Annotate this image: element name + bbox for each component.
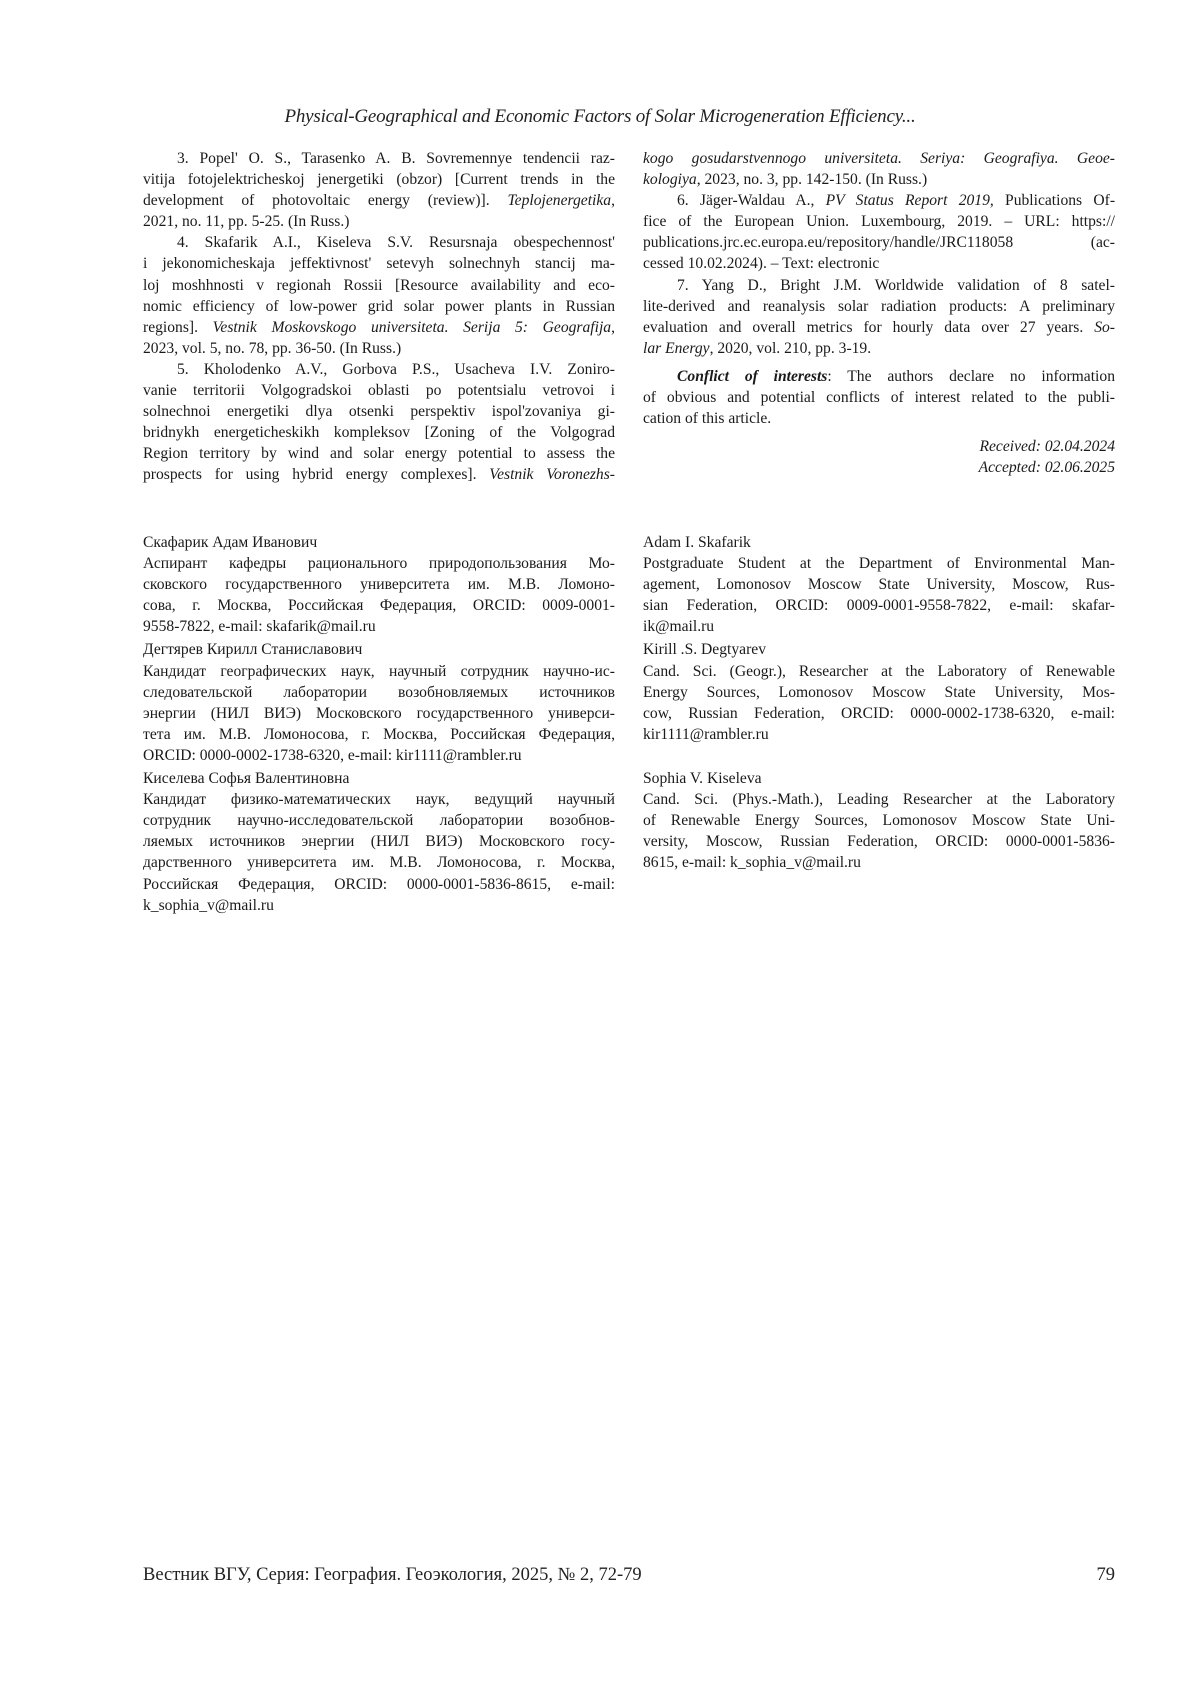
author-email-line: 9558-7822, e-mail: skafarik@mail.ru [143,616,615,637]
ref-line: evaluation and overall metrics for hourl… [643,317,1115,338]
conflict-label: Conflict of interests [677,368,827,385]
author-en-kiseleva: Sophia V. Kiseleva Cand. Sci. (Phys.-Mat… [643,768,1115,873]
journal-title: So- [1094,319,1115,336]
ref-line: 2021, no. 11, pp. 5-25. (In Russ.) [143,211,615,232]
reference-3: 3. Popel' O. S., Tarasenko A. B. Sovreme… [143,148,615,232]
author-info-line: of Renewable Energy Sources, Lomonosov M… [643,810,1115,831]
reference-5-continued: kogo gosudarstvennogo universiteta. Seri… [643,148,1115,190]
ref-line: vitija fotojelektricheskoj jenergetiki (… [143,169,615,190]
author-info-line: Cand. Sci. (Phys.-Math.), Leading Resear… [643,789,1115,810]
author-ru-skafarik: Скафарик Адам Иванович Аспирант кафедры … [143,532,615,637]
ref-line: cessed 10.02.2024). – Text: electronic [643,253,1115,274]
journal-citation: Вестник ВГУ, Серия: География. Геоэколог… [143,1565,642,1586]
ref-line: 7. Yang D., Bright J.M. Worldwide valida… [643,275,1115,296]
author-email-line: ORCID: 0000-0002-1738-6320, e-mail: kir1… [143,745,615,766]
ref-line: 2023, vol. 5, no. 78, pp. 36-50. (In Rus… [143,338,615,359]
author-name: Дегтярев Кирилл Станиславович [143,639,615,660]
author-en-skafarik: Adam I. Skafarik Postgraduate Student at… [643,532,1115,637]
conflict-line: cation of this article. [643,408,1115,429]
references-right-column: kogo gosudarstvennogo universiteta. Seri… [643,148,1115,478]
ref-line: vanie territorii Volgogradskoi oblasti p… [143,380,615,401]
page-number: 79 [1097,1565,1116,1586]
ref-line: 5. Kholodenko A.V., Gorbova P.S., Usache… [143,359,615,380]
author-email-line: ik@mail.ru [643,616,1115,637]
author-en-degtyarev: Kirill .S. Degtyarev Cand. Sci. (Geogr.)… [643,639,1115,744]
authors-en: Adam I. Skafarik Postgraduate Student at… [643,532,1115,875]
references-left-column: 3. Popel' O. S., Tarasenko A. B. Sovreme… [143,148,615,486]
ref-url-line: publications.jrc.ec.europa.eu/repository… [643,232,1115,253]
journal-title: Vestnik Moskovskogo universiteta. Serija… [213,319,611,336]
author-ru-degtyarev: Дегтярев Кирилл Станиславович Кандидат г… [143,639,615,766]
author-name: Kirill .S. Degtyarev [643,639,1115,660]
journal-title: Vestnik Voronezhs- [489,466,615,483]
author-info-line: sian Federation, ORCID: 0009-0001-9558-7… [643,595,1115,616]
ref-line: loj moshhnosti v regionah Rossii [Resour… [143,275,615,296]
ref-line: bridnykh energeticheskikh kompleksov [Zo… [143,422,615,443]
author-info-line: Cand. Sci. (Geogr.), Researcher at the L… [643,661,1115,682]
reference-7: 7. Yang D., Bright J.M. Worldwide valida… [643,275,1115,359]
journal-title: kologiya [643,171,697,188]
ref-line: 4. Skafarik A.I., Kiseleva S.V. Resursna… [143,232,615,253]
author-ru-kiseleva: Киселева Софья Валентиновна Кандидат физ… [143,768,615,916]
author-info-line: ляемых источников энергии (НИЛ ВИЭ) Моск… [143,831,615,852]
journal-title: kogo gosudarstvennogo universiteta. Seri… [643,150,1115,167]
author-email-line: 8615, e-mail: k_sophia_v@mail.ru [643,852,1115,873]
ref-line: prospects for using hybrid energy comple… [143,464,615,485]
running-title: Physical-Geographical and Economic Facto… [0,106,1200,128]
author-name: Sophia V. Kiseleva [643,768,1115,789]
ref-line: 6. Jäger-Waldau A., PV Status Report 201… [643,190,1115,211]
journal-title: lar Energy [643,340,710,357]
author-email-line: kir1111@rambler.ru [643,724,1115,745]
author-name: Киселева Софья Валентиновна [143,768,615,789]
conflict-of-interests: Conflict of interests: The authors decla… [643,366,1115,429]
author-info-line: сковского государственного университета … [143,574,615,595]
author-info-line: энергии (НИЛ ВИЭ) Московского государств… [143,703,615,724]
author-email-line: k_sophia_v@mail.ru [143,895,615,916]
ref-line: development of photovoltaic energy (revi… [143,190,615,211]
author-name: Скафарик Адам Иванович [143,532,615,553]
author-info-line: следовательской лаборатории возобновляем… [143,682,615,703]
author-info-line: Energy Sources, Lomonosov Moscow State U… [643,682,1115,703]
ref-line: 3. Popel' O. S., Tarasenko A. B. Sovreme… [143,148,615,169]
reference-6: 6. Jäger-Waldau A., PV Status Report 201… [643,190,1115,274]
author-info-line: Кандидат географических наук, научный со… [143,661,615,682]
conflict-line: of obvious and potential conflicts of in… [643,387,1115,408]
ref-line: regions]. Vestnik Moskovskogo universite… [143,317,615,338]
author-info-line: cow, Russian Federation, ORCID: 0000-000… [643,703,1115,724]
ref-line: solnechnoi energetiki dlya otsenki persp… [143,401,615,422]
ref-line: fice of the European Union. Luxembourg, … [643,211,1115,232]
author-info-line: Postgraduate Student at the Department o… [643,553,1115,574]
reference-5: 5. Kholodenko A.V., Gorbova P.S., Usache… [143,359,615,486]
ref-line: lite-derived and reanalysis solar radiat… [643,296,1115,317]
ref-line: kologiya, 2023, no. 3, pp. 142-150. (In … [643,169,1115,190]
author-info-line: Российская Федерация, ORCID: 0000-0001-5… [143,874,615,895]
author-info-line: сотрудник научно-исследовательской лабор… [143,810,615,831]
ref-line: i jekonomicheskaja jeffektivnost' setevy… [143,253,615,274]
ref-line: nomic efficiency of low-power grid solar… [143,296,615,317]
report-title: PV Status Report 2019 [826,192,990,209]
author-info-line: сова, г. Москва, Российская Федерация, O… [143,595,615,616]
ref-line: lar Energy, 2020, vol. 210, pp. 3-19. [643,338,1115,359]
author-info-line: дарственного университета им. М.В. Ломон… [143,852,615,873]
author-info-line: тета им. М.В. Ломоносова, г. Москва, Рос… [143,724,615,745]
author-name: Adam I. Skafarik [643,532,1115,553]
author-info-line: versity, Moscow, Russian Federation, ORC… [643,831,1115,852]
authors-ru: Скафарик Адам Иванович Аспирант кафедры … [143,532,615,918]
reference-4: 4. Skafarik A.I., Kiseleva S.V. Resursna… [143,232,615,359]
ref-line: Region territory by wind and solar energ… [143,443,615,464]
ref-line: kogo gosudarstvennogo universiteta. Seri… [643,148,1115,169]
accepted-date: Accepted: 02.06.2025 [643,457,1115,478]
author-info-line: Кандидат физико-математических наук, вед… [143,789,615,810]
author-info-line: Аспирант кафедры рационального природопо… [143,553,615,574]
received-date: Received: 02.04.2024 [643,436,1115,457]
conflict-line: Conflict of interests: The authors decla… [643,366,1115,387]
journal-title: Teplojenergetika [507,192,611,209]
author-info-line: agement, Lomonosov Moscow State Universi… [643,574,1115,595]
